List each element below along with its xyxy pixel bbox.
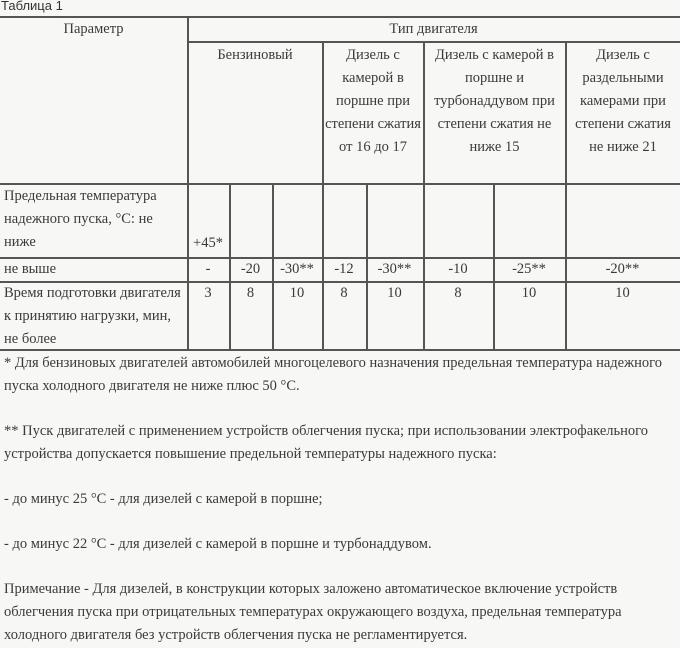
footnotes: * Для бензиновых двигателей автомобилей … <box>4 352 676 647</box>
engine-start-table: Параметр Тип двигателя Бензиновый Дизель… <box>0 16 680 350</box>
header-col-diesel-separate: Дизель с раздельными камерами при степен… <box>567 44 679 159</box>
table-caption: Таблица 1 <box>1 0 63 13</box>
row-label-min-temp: Предельная температура надежного пуска, … <box>0 185 187 254</box>
cell-value: - <box>187 258 229 281</box>
row-label-max-temp: не выше <box>0 258 187 281</box>
cell-value: -12 <box>322 258 366 281</box>
cell-value: 8 <box>229 282 272 305</box>
cell-value: 10 <box>366 282 423 305</box>
cell-value: 10 <box>493 282 565 305</box>
row-label-prep-time: Время подготовки двигателя к принятию на… <box>0 282 187 351</box>
header-divider <box>187 41 680 43</box>
cell-value: -30** <box>272 258 322 281</box>
header-col-petrol: Бензиновый <box>190 44 320 67</box>
cell-value: 8 <box>322 282 366 305</box>
cell-value: 10 <box>272 282 322 305</box>
cell-value: +45* <box>187 232 229 255</box>
cell-value: -20 <box>229 258 272 281</box>
footnote-1: * Для бензиновых двигателей автомобилей … <box>4 352 676 398</box>
cell-value: -30** <box>366 258 423 281</box>
cell-value: -20** <box>565 258 680 281</box>
cell-value: 10 <box>565 282 680 305</box>
header-col-diesel-turbo: Дизель с камерой в поршне и турбонаддуво… <box>425 44 564 159</box>
footnote-item-2: - до минус 22 °С - для дизелей с камерой… <box>4 533 676 556</box>
cell-value: 3 <box>187 282 229 305</box>
cell-value: -10 <box>423 258 493 281</box>
cell-value: -25** <box>493 258 565 281</box>
remark: Примечание - Для дизелей, в конструкции … <box>4 578 676 647</box>
cell-value: 8 <box>423 282 493 305</box>
header-col-diesel-piston: Дизель с камерой в поршне при степени сж… <box>324 44 422 159</box>
header-parameter: Параметр <box>0 18 187 41</box>
footnote-item-1: - до минус 25 °С - для дизелей с камерой… <box>4 488 676 511</box>
header-engine-type: Тип двигателя <box>187 18 680 41</box>
footnote-2: ** Пуск двигателей с применением устройс… <box>4 420 676 466</box>
